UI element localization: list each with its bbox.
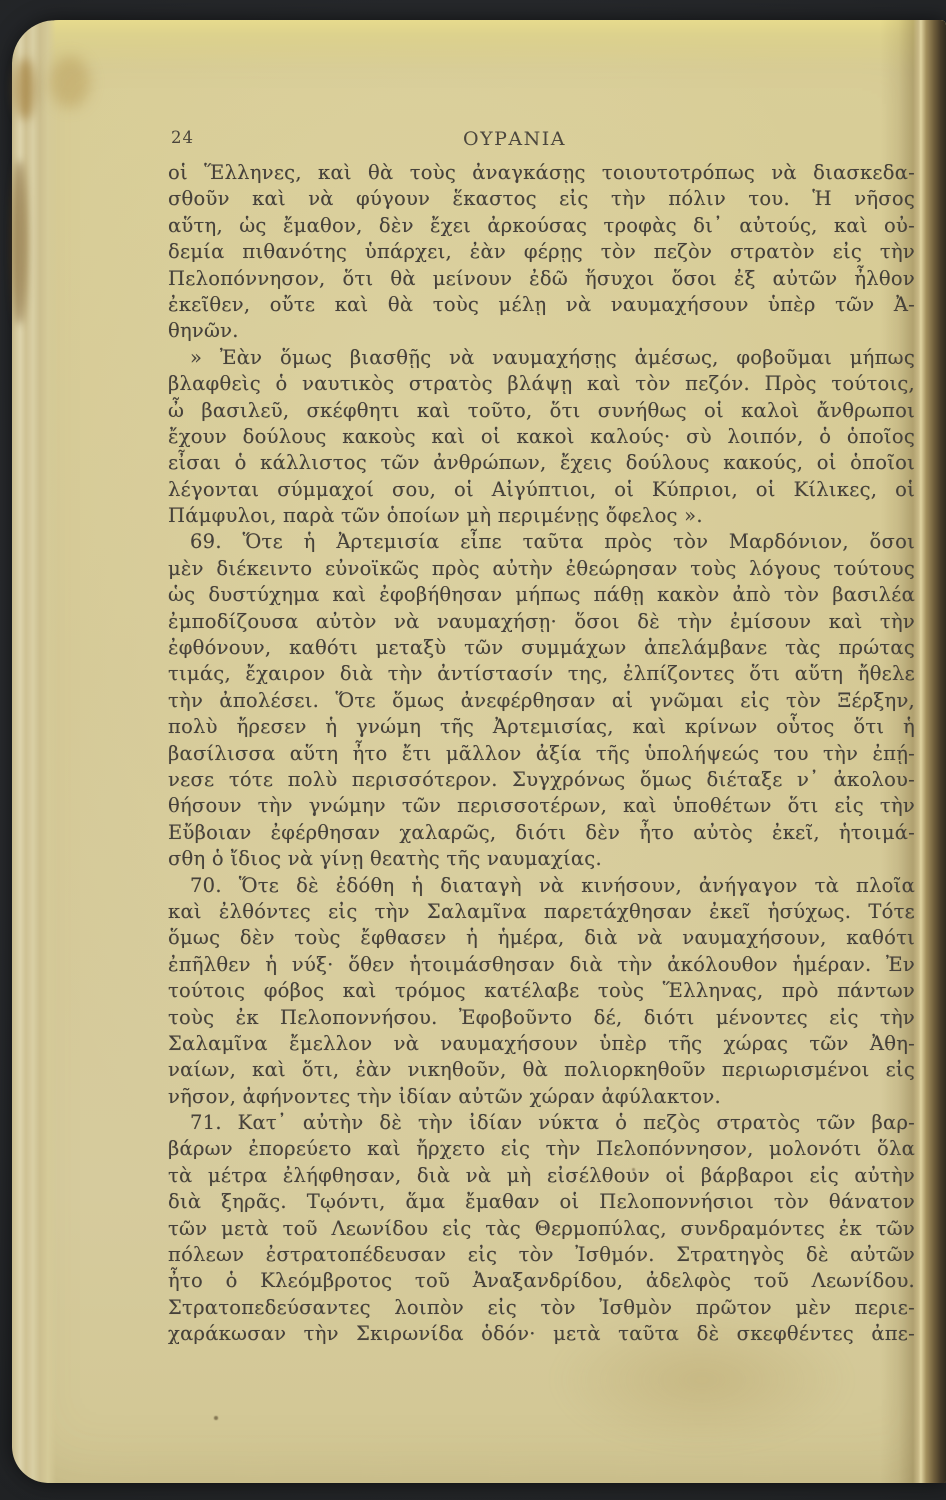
- text-line: καὶ ἐλθόντες εἰς τὴν Σαλαμῖνα παρετάχθησ…: [168, 899, 915, 925]
- page-header: 24 ΟΥΡΑΝΙΑ: [12, 20, 946, 60]
- text-line: νεσε τότε πολὺ περισσότερον. Συγχρόνως ὅ…: [168, 767, 915, 793]
- text-line: ὡς δυστύχημα καὶ ἐφοβήθησαν μήπως πάθῃ κ…: [168, 582, 915, 608]
- text-line: ὦ βασιλεῦ, σκέφθητι καὶ τοῦτο, ὅτι συνήθ…: [168, 398, 915, 424]
- text-line: 71. Κατ᾽ αὐτὴν δὲ τὴν ἰδίαν νύκτα ὁ πεζὸ…: [168, 1110, 915, 1136]
- text-line: βασίλισσα αὕτη ἦτο ἔτι μᾶλλον ἀξία τῆς ὑ…: [168, 741, 915, 767]
- text-line: σθη ὁ ἴδιος νὰ γίνῃ θεατὴς τῆς ναυμαχίας…: [168, 846, 915, 872]
- text-line: δεμία πιθανότης ὑπάρχει, ἐὰν φέρῃς τὸν π…: [168, 239, 915, 265]
- text-line: θηνῶν.: [168, 318, 915, 344]
- text-line: τούτοις φόβος καὶ τρόμος κατέλαβε τοὺς Ἕ…: [168, 978, 915, 1004]
- text-line: αὕτη, ὡς ἔμαθον, δὲν ἔχει ἀρκούσας τροφὰ…: [168, 213, 915, 239]
- text-line: χαράκωσαν τὴν Σκιρωνίδα ὁδόν· μετὰ ταῦτα…: [168, 1321, 915, 1347]
- text-line: διὰ ξηρᾶς. Τῳόντι, ἅμα ἔμαθαν οἱ Πελοπον…: [168, 1189, 915, 1215]
- text-block: οἱ Ἕλληνες, καὶ θὰ τοὺς ἀναγκάσῃς τοιουτ…: [168, 160, 915, 1348]
- text-line: Στρατοπεδεύσαντες λοιπὸν εἰς τὸν Ἰσθμὸν …: [168, 1295, 915, 1321]
- text-line: ἦτο ὁ Κλεόμβροτος τοῦ Ἀναξανδρίδου, ἀδελ…: [168, 1268, 915, 1294]
- running-title: ΟΥΡΑΝΙΑ: [463, 128, 566, 150]
- text-line: τοὺς ἐκ Πελοποννήσου. Ἐφοβοῦντο δέ, διότ…: [168, 1005, 915, 1031]
- text-line: πόλεων ἐστρατοπέδευσαν εἰς τὸν Ἰσθμόν. Σ…: [168, 1242, 915, 1268]
- text-line: ἐκεῖθεν, οὔτε καὶ θὰ τοὺς μέλῃ νὰ ναυμαχ…: [168, 292, 915, 318]
- text-line: μὲν διέκειντο εὐνοϊκῶς πρὸς αὐτὴν ἐθεώρη…: [168, 556, 915, 582]
- page-fore-edge: [12, 20, 56, 1483]
- text-line: Πάμφυλοι, παρὰ τῶν ὁποίων μὴ περιμένῃς ὄ…: [168, 503, 915, 529]
- text-line: » Ἐὰν ὅμως βιασθῇς νὰ ναυμαχήσῃς ἀμέσως,…: [168, 345, 915, 371]
- scan-background: { "header": { "page_number": "24", "runn…: [0, 0, 946, 1500]
- text-line: ἐπῆλθεν ἡ νύξ· ὅθεν ἡτοιμάσθησαν διὰ τὴν…: [168, 952, 915, 978]
- text-line: ἐφθόνουν, καθότι μεταξὺ τῶν συμμάχων ἀπε…: [168, 635, 915, 661]
- text-line: εἶσαι ὁ κάλλιστος τῶν ἀνθρώπων, ἔχεις δο…: [168, 450, 915, 476]
- text-line: πολὺ ἤρεσεν ἡ γνώμη τῆς Ἀρτεμισίας, καὶ …: [168, 714, 915, 740]
- book-page: 24 ΟΥΡΑΝΙΑ οἱ Ἕλληνες, καὶ θὰ τοὺς ἀναγκ…: [12, 20, 946, 1483]
- text-line: νῆσον, ἀφήνοντες τὴν ἰδίαν αὐτῶν χώραν ἀ…: [168, 1084, 915, 1110]
- text-line: ἐμποδίζουσα αὐτὸν νὰ ναυμαχήσῃ· ὅσοι δὲ …: [168, 609, 915, 635]
- text-line: ὅμως δὲν τοὺς ἔφθασεν ἡ ἡμέρα, διὰ νὰ να…: [168, 925, 915, 951]
- text-line: θήσουν τὴν γνώμην τῶν περισσοτέρων, καὶ …: [168, 793, 915, 819]
- text-line: τῶν μετὰ τοῦ Λεωνίδου εἰς τὰς Θερμοπύλας…: [168, 1216, 915, 1242]
- text-line: Πελοπόννησον, ὅτι θὰ μείνουν ἐδῶ ἥσυχοι …: [168, 266, 915, 292]
- text-line: βάρων ἐπορεύετο καὶ ἤρχετο εἰς τὴν Πελοπ…: [168, 1136, 915, 1162]
- text-line: ἔχουν δούλους κακοὺς καὶ οἱ κακοὶ καλούς…: [168, 424, 915, 450]
- text-line: τὰ μέτρα ἐλήφθησαν, διὰ νὰ μὴ εἰσέλθουν …: [168, 1163, 915, 1189]
- paper-speck: [214, 1416, 218, 1420]
- text-line: σθοῦν καὶ νὰ φύγουν ἕκαστος εἰς τὴν πόλι…: [168, 186, 915, 212]
- text-line: Εὔβοιαν ἐφέρθησαν χαλαρῶς, διότι δὲν ἦτο…: [168, 820, 915, 846]
- text-line: τὴν ἀπολέσει. Ὅτε ὅμως ἀνεφέρθησαν αἱ γν…: [168, 688, 915, 714]
- page-number: 24: [171, 128, 194, 147]
- text-line: 69. Ὅτε ἡ Ἀρτεμισία εἶπε ταῦτα πρὸς τὸν …: [168, 529, 915, 555]
- text-line: οἱ Ἕλληνες, καὶ θὰ τοὺς ἀναγκάσῃς τοιουτ…: [168, 160, 915, 186]
- text-line: ναίων, καὶ ὅτι, ἐὰν νικηθοῦν, θὰ πολιορκ…: [168, 1057, 915, 1083]
- text-line: Σαλαμῖνα ἔμελλον νὰ ναυμαχήσουν ὑπὲρ τῆς…: [168, 1031, 915, 1057]
- text-line: 70. Ὅτε δὲ ἐδόθη ἡ διαταγὴ νὰ κινήσουν, …: [168, 873, 915, 899]
- text-line: βλαφθεὶς ὁ ναυτικὸς στρατὸς βλάψῃ καὶ τὸ…: [168, 371, 915, 397]
- text-line: λέγονται σύμμαχοί σου, οἱ Αἰγύπτιοι, οἱ …: [168, 477, 915, 503]
- text-line: τιμάς, ἔχαιρον διὰ τὴν ἀντίστασίν της, ἐ…: [168, 661, 915, 687]
